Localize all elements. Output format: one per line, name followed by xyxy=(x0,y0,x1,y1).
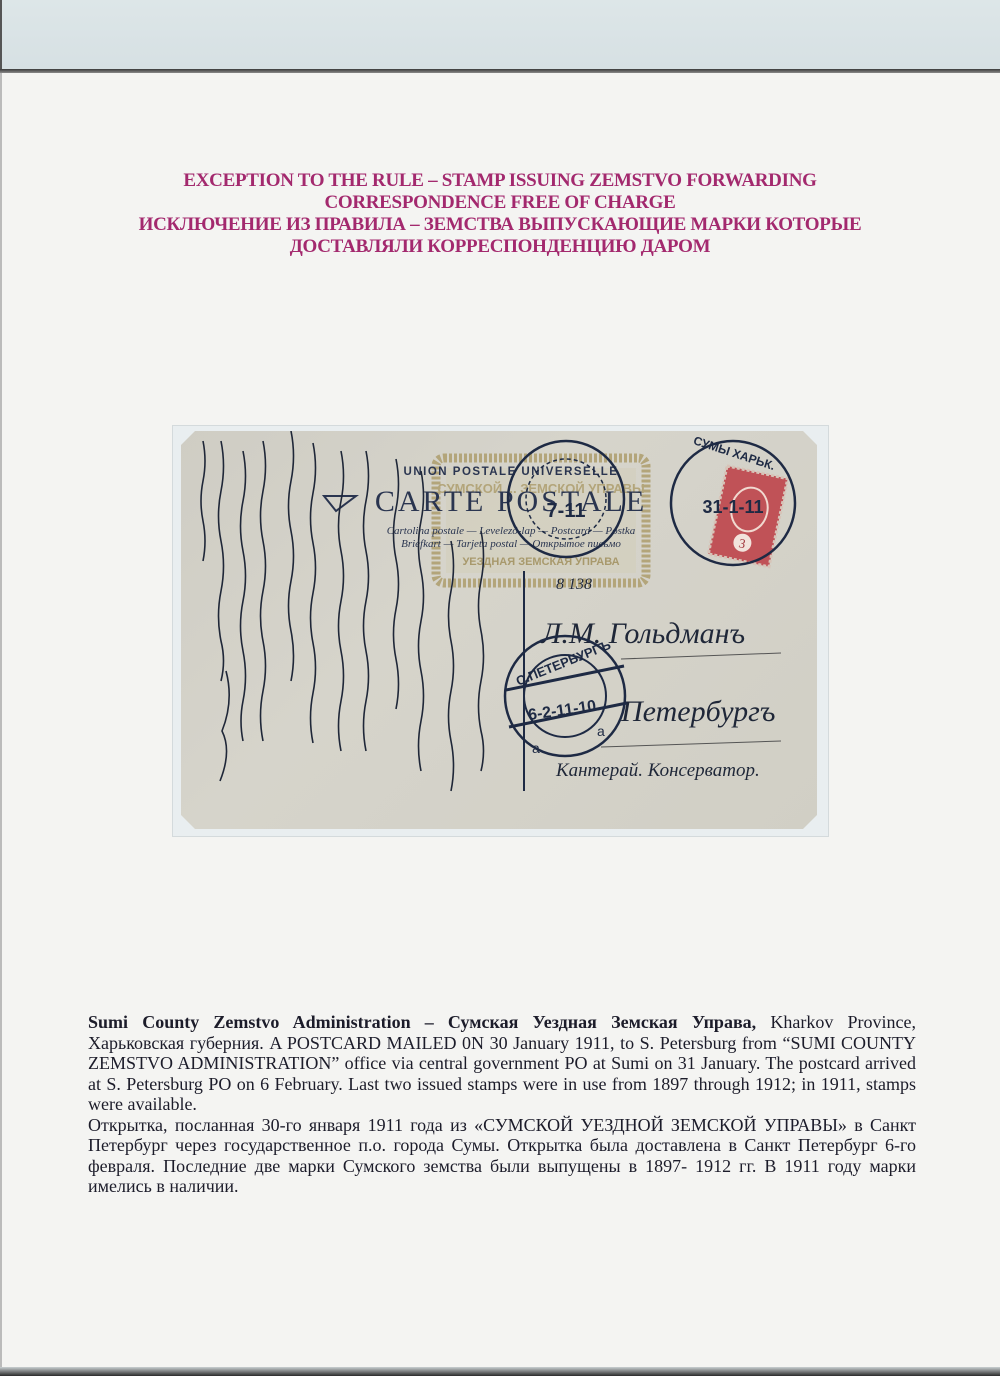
note-number: 8 138 xyxy=(556,576,592,593)
postmark-st-petersburg: С.ПЕТЕРБУРГЪ 6-2-11-10. a a xyxy=(505,636,627,756)
address-line-2 xyxy=(601,741,781,747)
svg-text:a: a xyxy=(597,723,605,739)
title-line-ru-2: ДОСТАВЛЯЛИ КОРРЕСПОНДЕНЦИЮ ДАРОМ xyxy=(100,236,900,258)
description: Sumi County Zemstvo Administration – Сум… xyxy=(88,1012,916,1197)
title-line-en-1: EXCEPTION TO THE RULE – STAMP ISSUING ZE… xyxy=(100,170,900,192)
svg-text:31-1-11: 31-1-11 xyxy=(702,497,763,517)
address-line-1 xyxy=(621,653,781,659)
bottom-divider xyxy=(0,1367,1000,1376)
svg-text:6-2-11-10.: 6-2-11-10. xyxy=(527,697,602,724)
title-line-ru-1: ИСКЛЮЧЕНИЕ ИЗ ПРАВИЛА – ЗЕМСТВА ВЫПУСКАЮ… xyxy=(100,214,900,236)
address-city: Петербургъ xyxy=(620,695,775,728)
union-postale-header: UNION POSTALE UNIVERSELLE xyxy=(404,466,619,478)
svg-text:7-11: 7-11 xyxy=(547,500,586,522)
zemstvo-frame-bottom: УЕЗДНАЯ ЗЕМСКАЯ УПРАВА xyxy=(462,556,619,568)
address-street: Кантерай. Консерватор. xyxy=(555,760,760,781)
description-en: Sumi County Zemstvo Administration – Сум… xyxy=(88,1012,916,1115)
postcard-drawing: СУМСКОЙ ... ЗЕМСКОЙ УПРАВЫ УЕЗДНАЯ ЗЕМСК… xyxy=(181,431,817,829)
description-en-heading: Sumi County Zemstvo Administration – Сум… xyxy=(88,1012,756,1032)
album-top-band xyxy=(0,0,1000,70)
svg-text:a: a xyxy=(532,740,540,756)
address-name: Л.М. Гольдманъ xyxy=(540,617,745,650)
languages-line-1: Cartolina postale — Levelezö-lap — Postc… xyxy=(387,525,636,537)
languages-line-2: Briefkart — Tarjeta postal — Открытое пи… xyxy=(401,538,621,550)
title-line-en-2: CORRESPONDENCE FREE OF CHARGE xyxy=(100,192,900,214)
description-ru: Открытка, посланная 30-го января 1911 го… xyxy=(88,1115,916,1197)
page-title: EXCEPTION TO THE RULE – STAMP ISSUING ZE… xyxy=(100,170,900,258)
postcard-image: СУМСКОЙ ... ЗЕМСКОЙ УПРАВЫ УЕЗДНАЯ ЗЕМСК… xyxy=(181,431,817,829)
